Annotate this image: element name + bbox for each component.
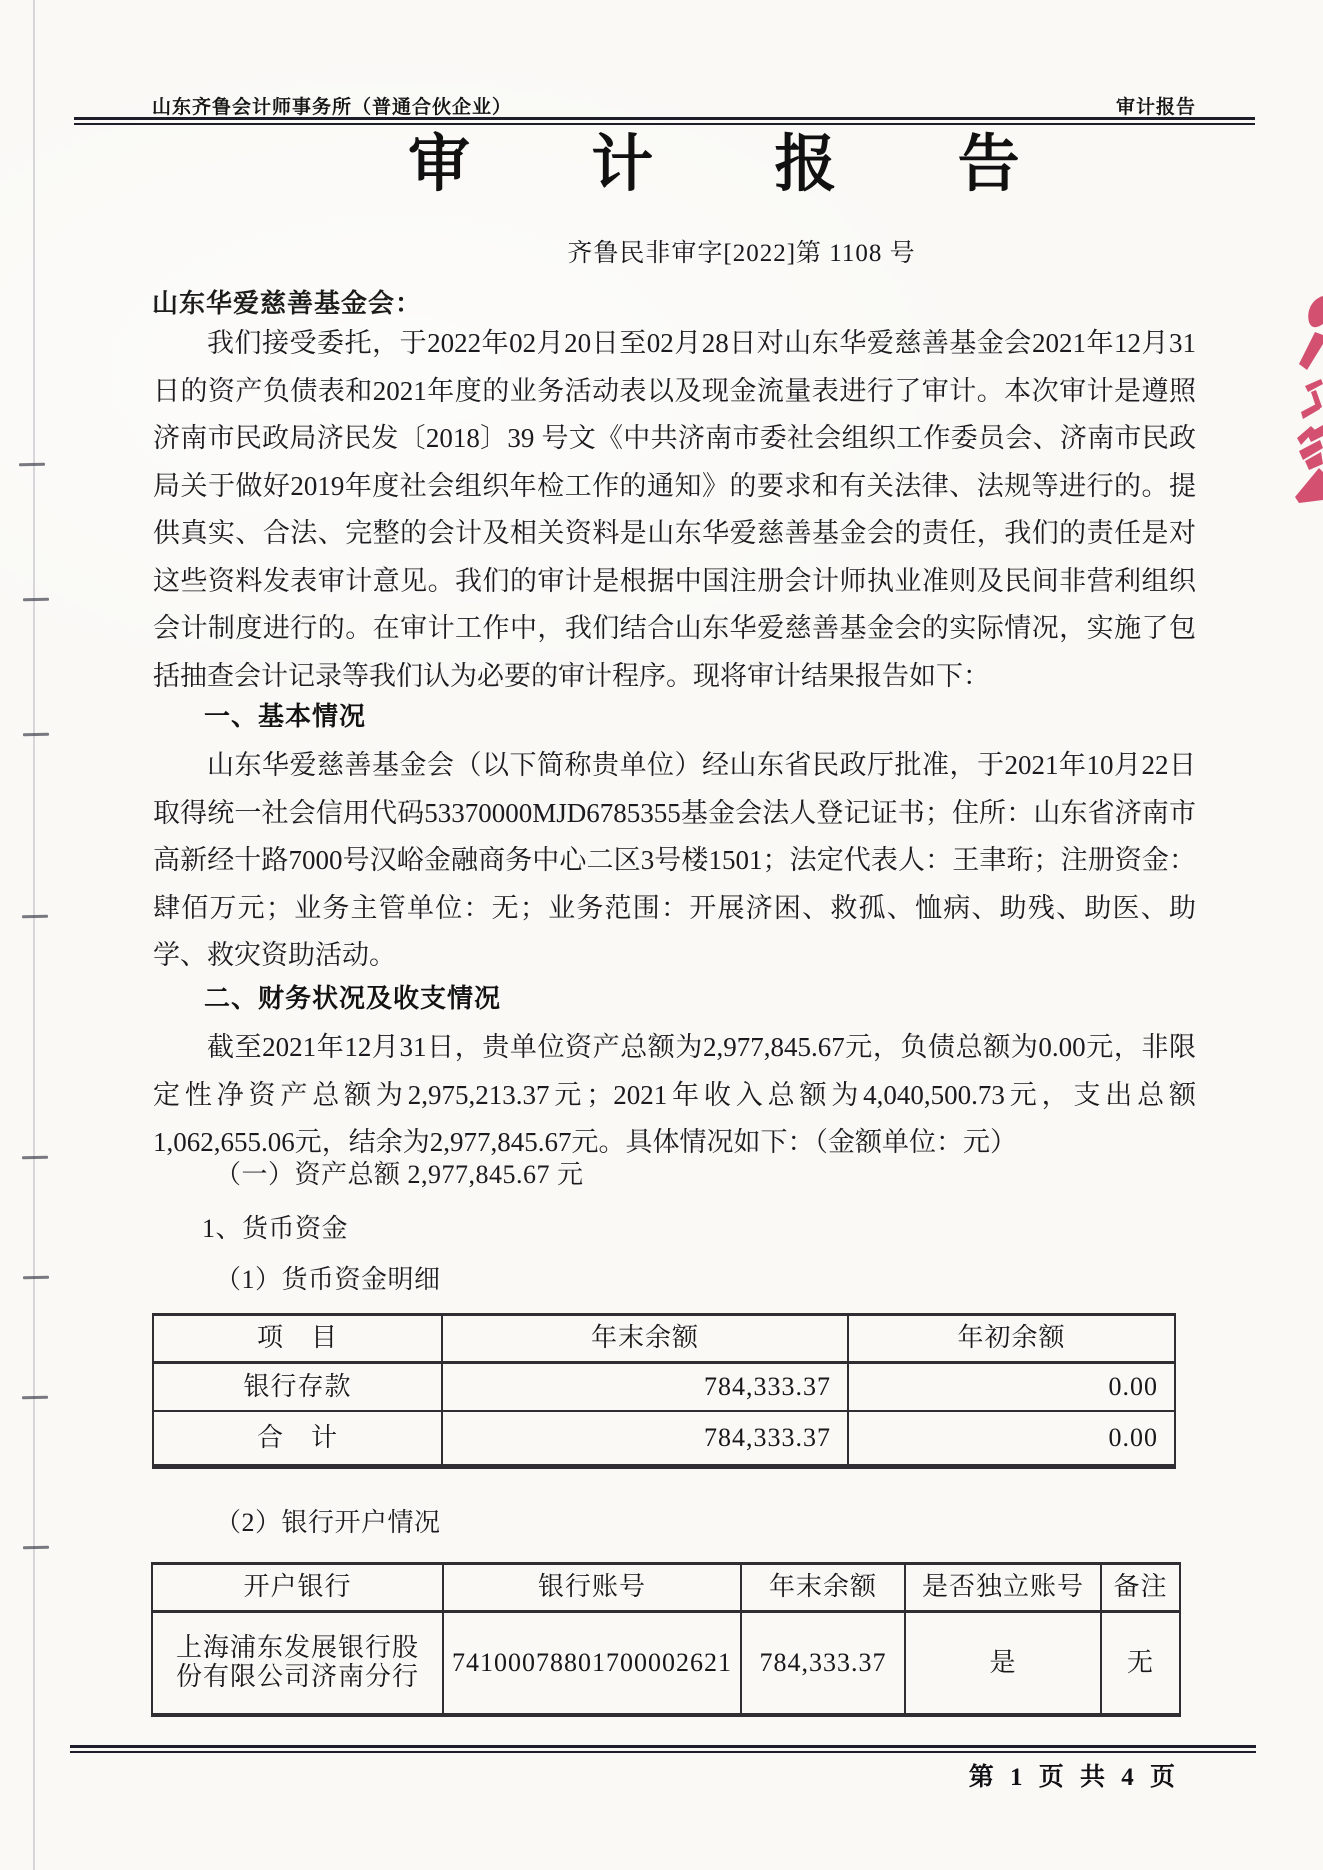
bank-row-year-end-balance: 784,333.37 <box>742 1613 906 1713</box>
funds-row-total-year-end: 784,333.37 <box>443 1412 849 1464</box>
item-monetary-funds-detail: （1）货币资金明细 <box>215 1259 441 1296</box>
item-bank-accounts: （2）银行开户情况 <box>215 1502 441 1539</box>
monetary-funds-table: 项 目 年末余额 年初余额 银行存款 784,333.37 0.00 合 计 7… <box>152 1313 1176 1469</box>
scan-dash <box>22 915 48 919</box>
bank-row-account-number: 74100078801700002621 <box>444 1613 742 1713</box>
scan-dash <box>23 598 49 602</box>
scan-dash <box>23 1546 49 1550</box>
funds-col-header-year-end: 年末余额 <box>443 1316 849 1364</box>
bank-row-bank-name: 上海浦东发展银行股份有限公司济南分行 <box>153 1613 444 1713</box>
header-doc-type: 审计报告 <box>1116 92 1196 119</box>
section-1-heading: 一、基本情况 <box>204 696 366 733</box>
scan-dash <box>22 1156 48 1160</box>
item-monetary-funds: 1、货币资金 <box>202 1208 348 1245</box>
section-2-body: 截至2021年12月31日，贵单位资产总额为2,977,845.67元，负债总额… <box>153 1024 1196 1167</box>
bank-accounts-table: 开户银行 银行账号 年末余额 是否独立账号 备注 上海浦东发展银行股份有限公司济… <box>151 1562 1181 1717</box>
funds-col-header-item: 项 目 <box>154 1316 443 1364</box>
funds-row-total-label: 合 计 <box>154 1412 443 1464</box>
bank-col-header-bank: 开户银行 <box>153 1565 444 1613</box>
funds-row-bank-deposit-year-start: 0.00 <box>849 1364 1174 1412</box>
bank-col-header-independent: 是否独立账号 <box>906 1565 1102 1613</box>
scan-edge-line <box>33 0 35 1870</box>
header-divider-rule <box>74 117 1255 125</box>
funds-row-bank-deposit-label: 银行存款 <box>154 1364 443 1412</box>
footer-divider-rule <box>70 1745 1256 1753</box>
bank-col-header-remark: 备注 <box>1102 1565 1179 1613</box>
red-seal-fragment-icon <box>1287 288 1323 518</box>
bank-row-remark: 无 <box>1102 1613 1179 1713</box>
scan-dash <box>23 733 49 737</box>
document-number: 齐鲁民非审字[2022]第 1108 号 <box>220 233 1263 269</box>
bank-row-independent-flag: 是 <box>906 1613 1102 1713</box>
header-firm-name: 山东齐鲁会计师事务所（普通合伙企业） <box>152 92 512 119</box>
addressee-line: 山东华爱慈善基金会： <box>152 283 422 320</box>
audit-report-page: 山东齐鲁会计师事务所（普通合伙企业） 审计报告 审 计 报 告 齐鲁民非审字[2… <box>0 0 1323 1870</box>
funds-row-total-year-start: 0.00 <box>849 1412 1174 1464</box>
funds-col-header-year-start: 年初余额 <box>849 1316 1174 1364</box>
page-number: 第 1 页 共 4 页 <box>969 1757 1180 1793</box>
funds-row-bank-deposit-year-end: 784,333.37 <box>443 1364 849 1412</box>
page-title: 审 计 报 告 <box>408 133 1022 197</box>
intro-paragraph: 我们接受委托，于2022年02月20日至02月28日对山东华爱慈善基金会2021… <box>153 320 1196 700</box>
bank-col-header-account: 银行账号 <box>444 1565 742 1613</box>
section-1-body: 山东华爱慈善基金会（以下简称贵单位）经山东省民政厅批准，于2021年10月22日… <box>153 742 1196 980</box>
scan-dash <box>22 1396 48 1400</box>
section-2-heading: 二、财务状况及收支情况 <box>204 978 501 1015</box>
scan-dash <box>19 463 45 467</box>
subitem-total-assets: （一）资产总额 2,977,845.67 元 <box>215 1154 584 1191</box>
scan-dash <box>23 1276 49 1280</box>
bank-col-header-year-end: 年末余额 <box>742 1565 906 1613</box>
